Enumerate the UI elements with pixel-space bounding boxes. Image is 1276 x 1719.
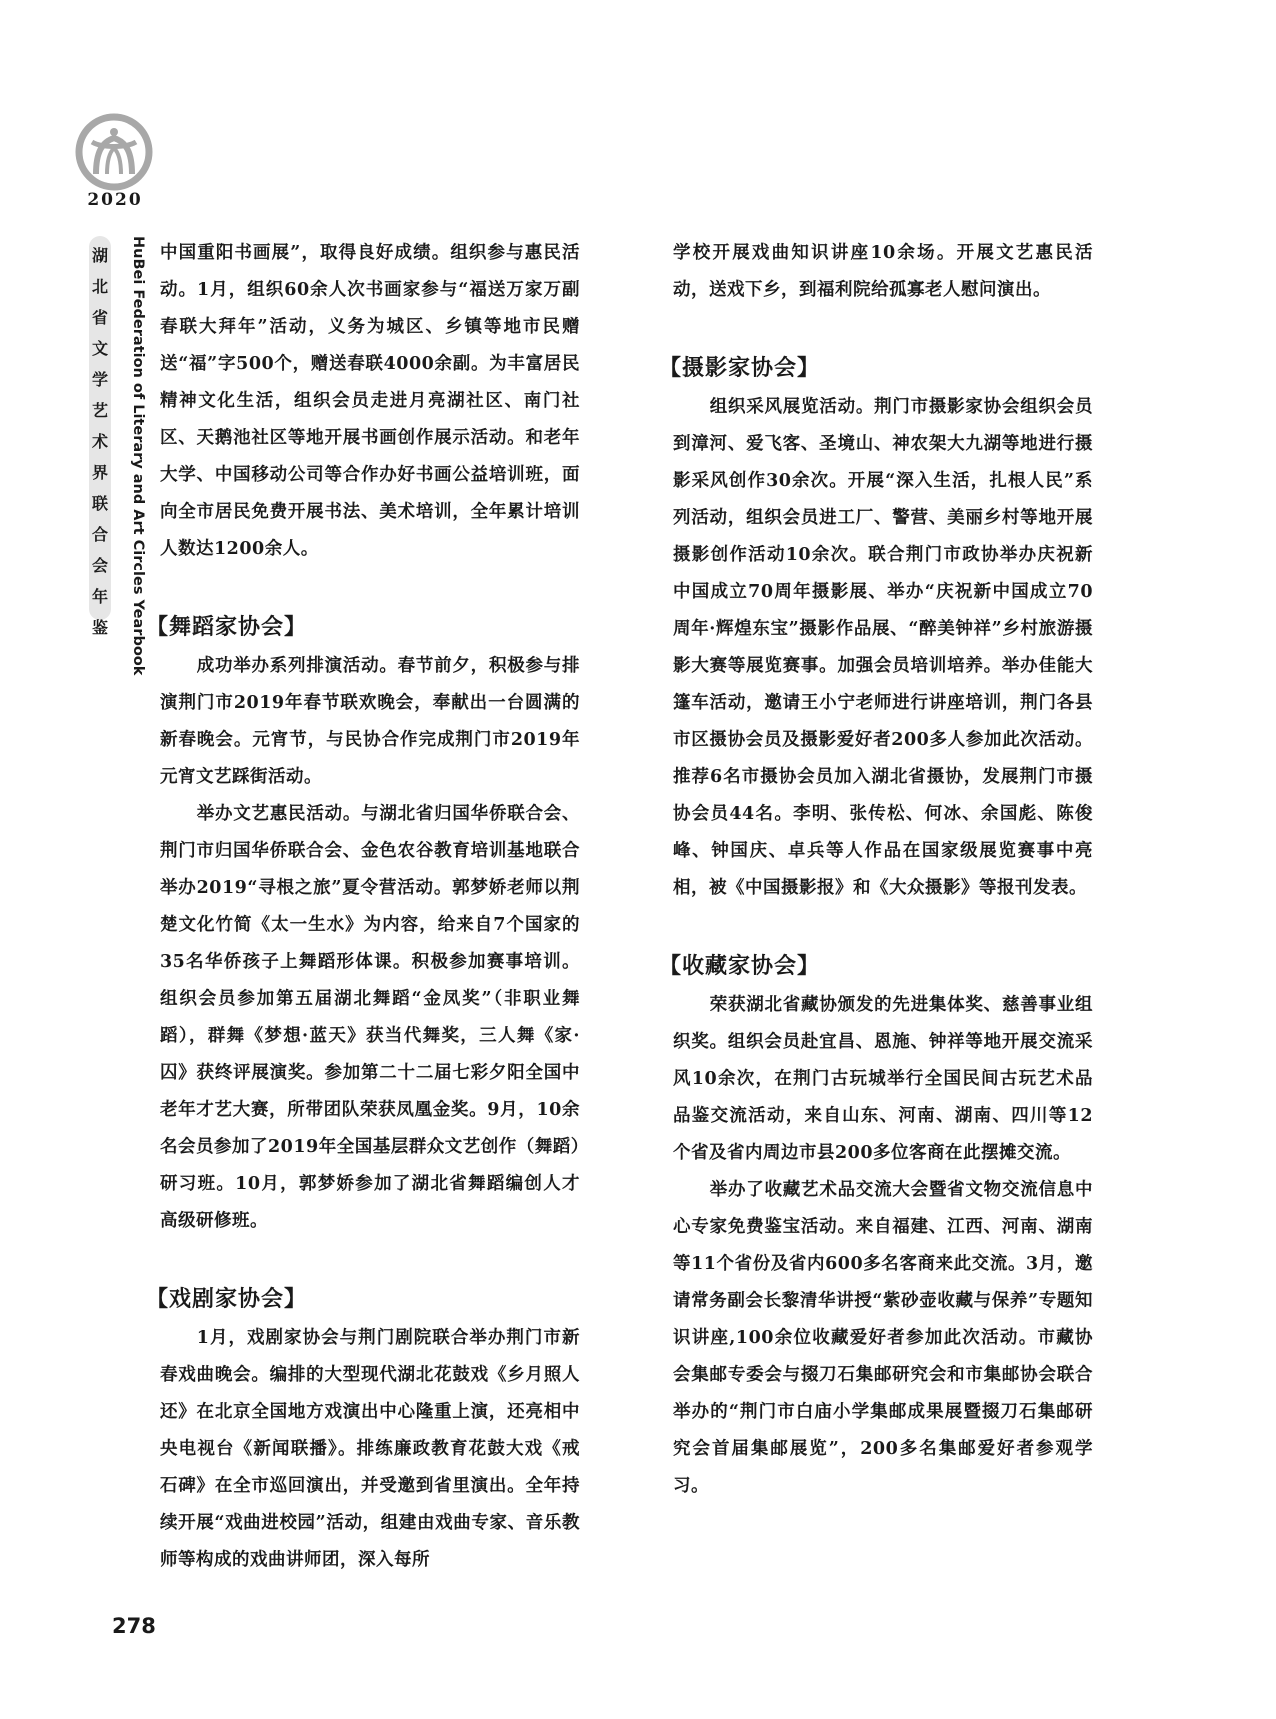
section-title-collectors: 【收藏家协会】 <box>659 947 1093 987</box>
continuation-paragraph: 学校开展戏曲知识讲座10余场。开展文艺惠民活动，送戏下乡，到福利院给孤寡老人慰问… <box>673 235 1093 309</box>
side-title-en: HuBei Federation of Literary and Art Cir… <box>127 236 149 626</box>
side-char: 鉴 <box>89 612 111 643</box>
paragraph: 成功举办系列排演活动。春节前夕，积极参与排演荆门市2019年春节联欢晚会，奉献出… <box>160 648 580 796</box>
side-char: 湖 <box>89 240 111 271</box>
side-char: 学 <box>89 364 111 395</box>
paragraph: 举办文艺惠民活动。与湖北省归国华侨联合会、荆门市归国华侨联合会、金色农谷教育培训… <box>160 796 580 1240</box>
section-title-dance: 【舞蹈家协会】 <box>146 608 580 648</box>
paragraph: 举办了收藏艺术品交流大会暨省文物交流信息中心专家免费鉴宝活动。来自福建、江西、河… <box>673 1172 1093 1505</box>
side-char: 北 <box>89 271 111 302</box>
left-column: 中国重阳书画展”，取得良好成绩。组织参与惠民活动。1月，组织60余人次书画家参与… <box>160 235 580 1579</box>
yearbook-emblem-icon <box>74 112 154 192</box>
page-number: 278 <box>112 1614 156 1638</box>
side-char: 文 <box>89 333 111 364</box>
yearbook-year: 2020 <box>78 190 152 210</box>
side-char: 年 <box>89 581 111 612</box>
right-column: 学校开展戏曲知识讲座10余场。开展文艺惠民活动，送戏下乡，到福利院给孤寡老人慰问… <box>673 235 1093 1505</box>
side-title-cn: 湖 北 省 文 学 艺 术 界 联 合 会 年 鉴 <box>89 240 111 643</box>
paragraph: 组织采风展览活动。荆门市摄影家协会组织会员到漳河、爱飞客、圣境山、神农架大九湖等… <box>673 389 1093 907</box>
side-char: 省 <box>89 302 111 333</box>
section-title-photography: 【摄影家协会】 <box>659 349 1093 389</box>
section-title-drama: 【戏剧家协会】 <box>146 1280 580 1320</box>
paragraph: 1月，戏剧家协会与荆门剧院联合举办荆门市新春戏曲晚会。编排的大型现代湖北花鼓戏《… <box>160 1320 580 1579</box>
side-char: 会 <box>89 550 111 581</box>
paragraph: 荣获湖北省藏协颁发的先进集体奖、慈善事业组织奖。组织会员赴宜昌、恩施、钟祥等地开… <box>673 987 1093 1172</box>
side-char: 界 <box>89 457 111 488</box>
side-char: 联 <box>89 488 111 519</box>
side-char: 术 <box>89 426 111 457</box>
side-char: 艺 <box>89 395 111 426</box>
intro-paragraph: 中国重阳书画展”，取得良好成绩。组织参与惠民活动。1月，组织60余人次书画家参与… <box>160 235 580 568</box>
side-char: 合 <box>89 519 111 550</box>
